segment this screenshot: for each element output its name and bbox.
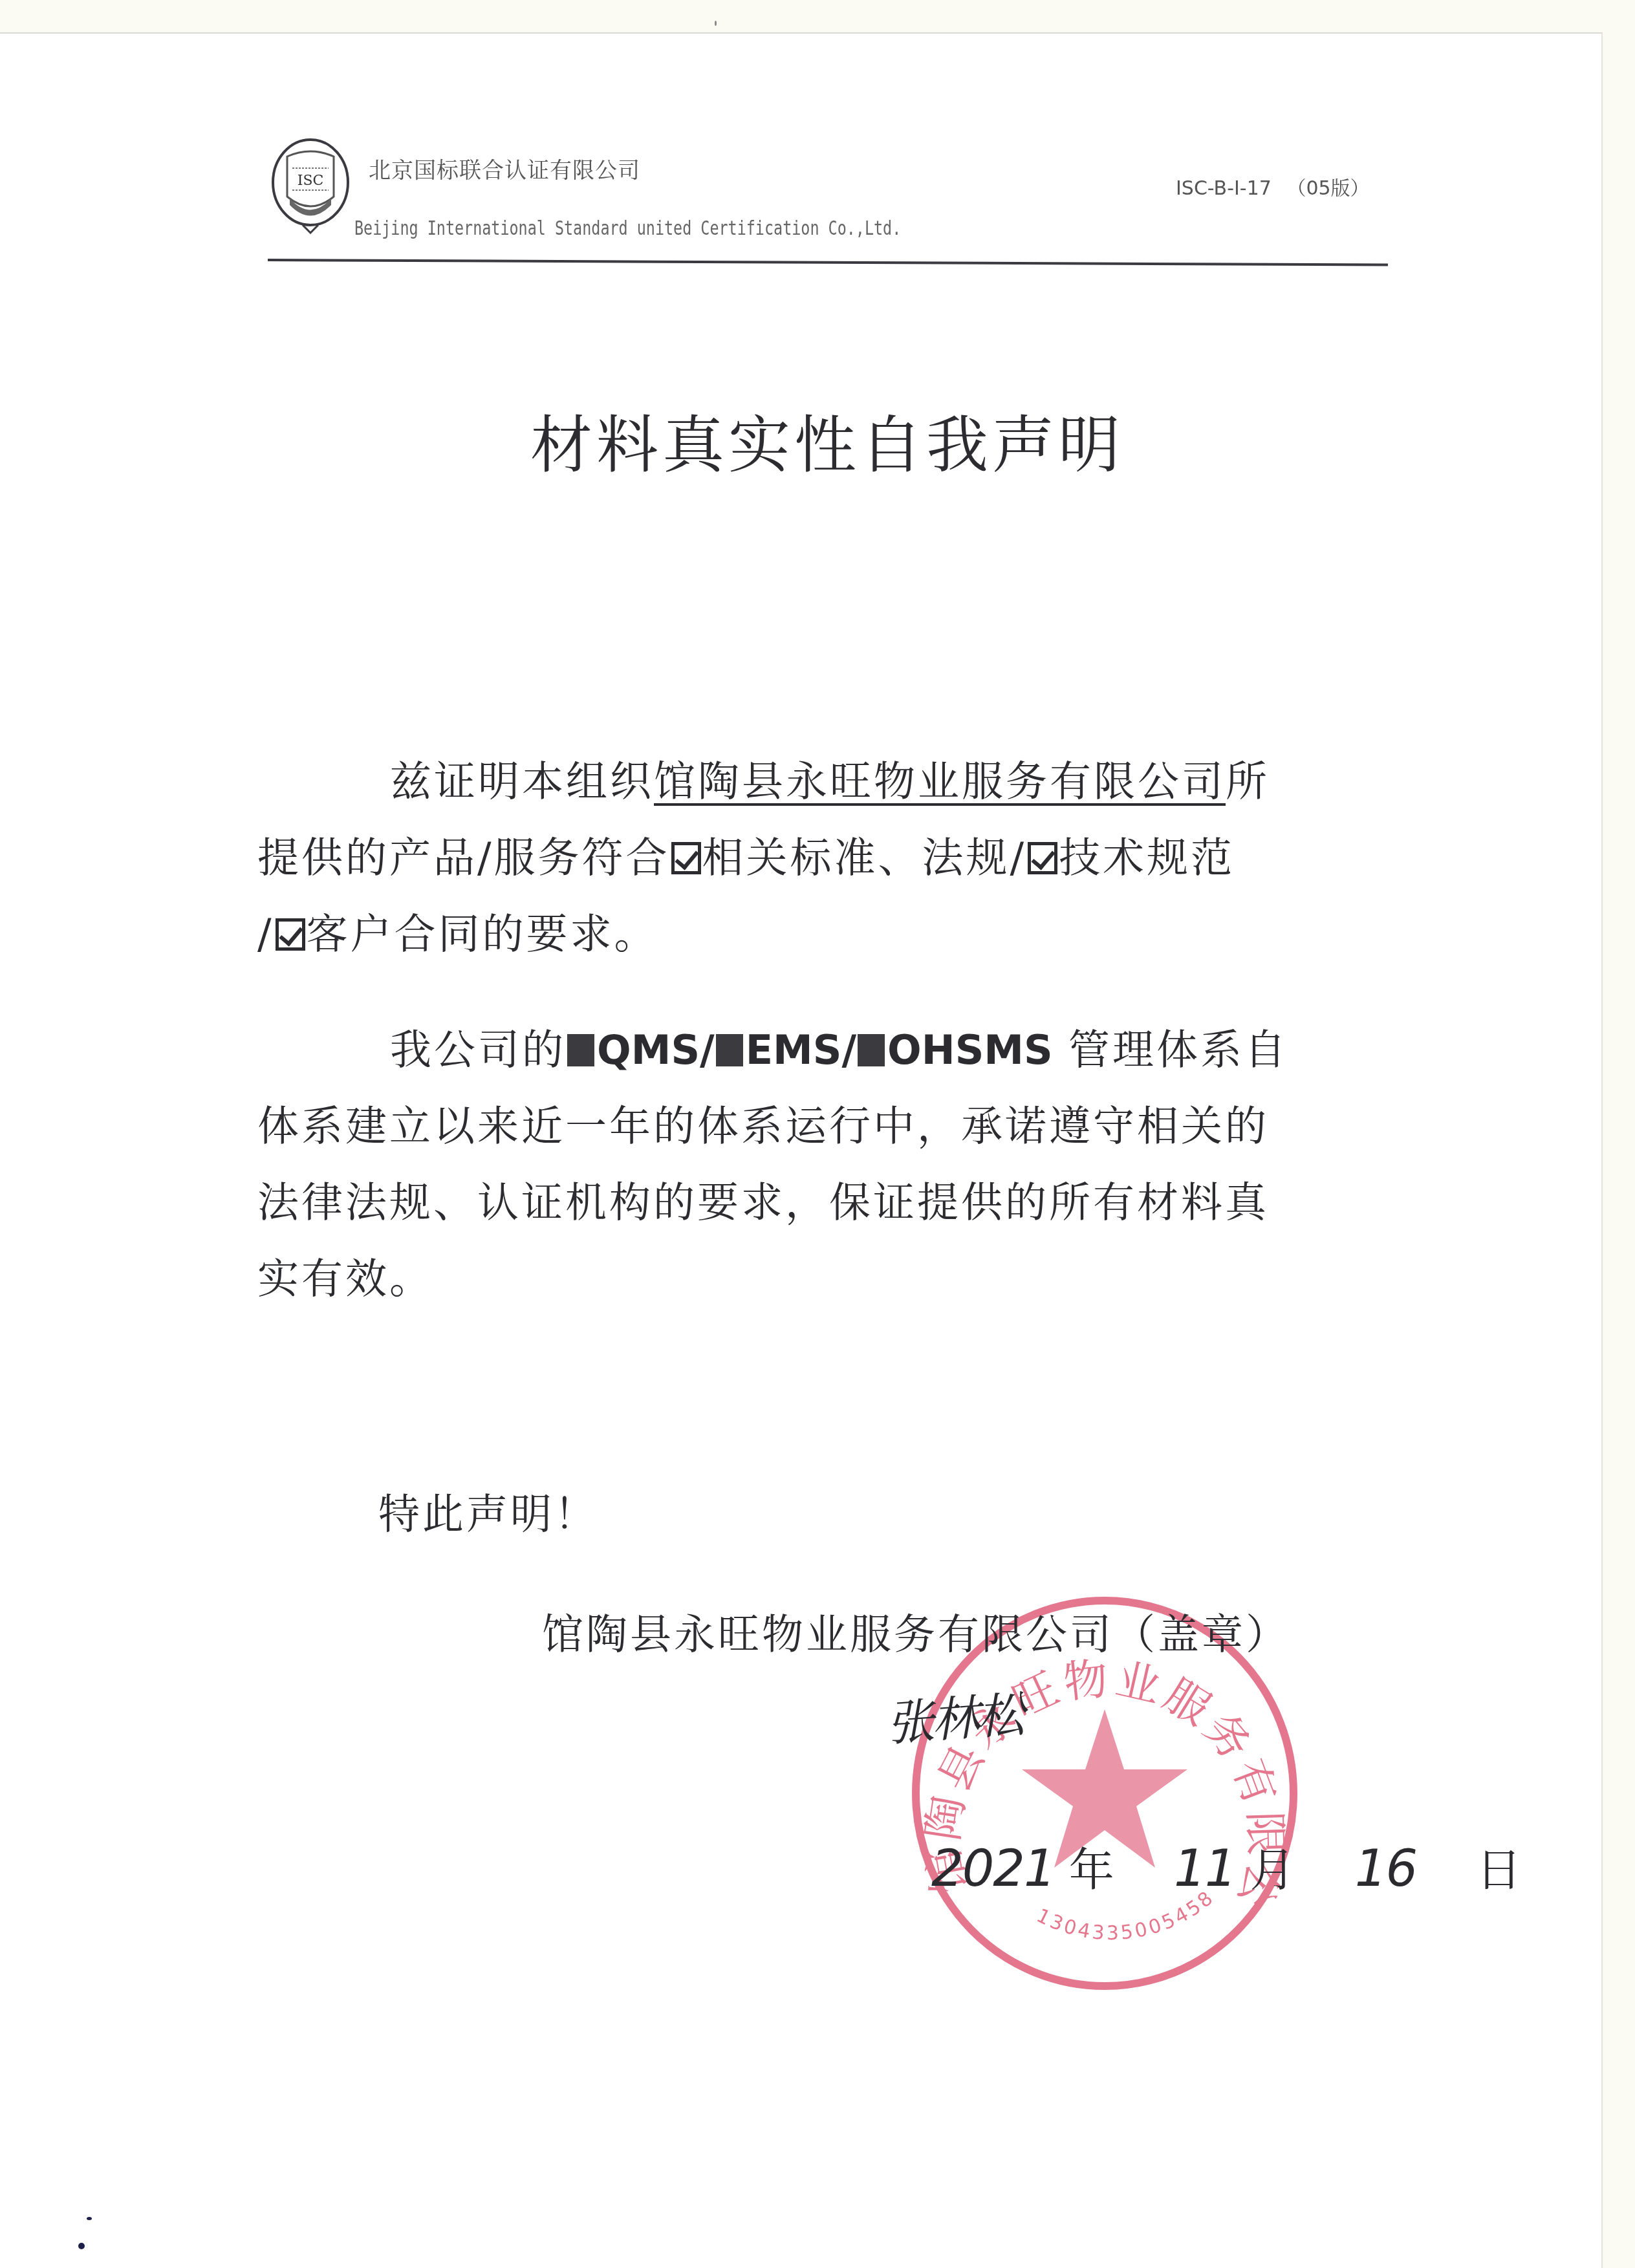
p2-line2: 体系建立以来近一年的体系运行中，承诺遵守相关的	[257, 1088, 1383, 1165]
checkbox-customer-contract[interactable]	[276, 918, 305, 951]
document-title: 材料真实性自我声明	[0, 396, 1635, 484]
date-month: 11	[1174, 1840, 1235, 1898]
checkbox-standards-regulations[interactable]	[671, 842, 701, 874]
date-month-unit: 月	[1250, 1844, 1295, 1897]
scan-speck	[78, 2243, 85, 2249]
checkbox-technical-specs[interactable]	[1028, 842, 1057, 874]
scan-speck	[87, 2217, 92, 2220]
organization-name: 馆陶县永旺物业服务有限公司	[654, 758, 1226, 806]
p1-line1: 兹证明本组织馆陶县永旺物业服务有限公司所	[257, 744, 1383, 820]
form-code-version: （05版）	[1286, 177, 1369, 200]
closing-statement: 特此声明！	[378, 1481, 598, 1540]
date-year-unit: 年	[1069, 1844, 1114, 1897]
p2-line1: 我公司的QMS/EMS/OHSMS 管理体系自	[257, 1012, 1383, 1088]
isc-logo-icon: ISC	[270, 137, 353, 234]
checkbox-ems-filled[interactable]	[716, 1034, 743, 1066]
date-year: 2021	[931, 1840, 1055, 1898]
header-company-cn: 北京国标联合认证有限公司	[369, 153, 640, 184]
header-company-en: Beijing International Standard united Ce…	[354, 217, 901, 240]
scan-speck	[715, 21, 717, 26]
checkbox-ohsms-filled[interactable]	[858, 1034, 885, 1066]
form-code: ISC-B-I-17 （05版）	[1176, 172, 1370, 200]
signature-date: 2021 年 11 月 16 日	[931, 1834, 1521, 1899]
p2-line4: 实有效。	[257, 1241, 1383, 1317]
handwritten-signature: 张林松	[884, 1677, 1024, 1755]
date-day-unit: 日	[1476, 1844, 1521, 1897]
checkbox-qms-filled[interactable]	[567, 1034, 594, 1066]
svg-text:ISC: ISC	[298, 173, 324, 189]
paragraph-commitment: 我公司的QMS/EMS/OHSMS 管理体系自 体系建立以来近一年的体系运行中，…	[257, 1012, 1383, 1317]
p2-line3: 法律法规、认证机构的要求，保证提供的所有材料真	[257, 1165, 1383, 1241]
p1-line2: 提供的产品/服务符合相关标准、法规/技术规范	[257, 820, 1383, 896]
paragraph-conformity: 兹证明本组织馆陶县永旺物业服务有限公司所 提供的产品/服务符合相关标准、法规/技…	[257, 744, 1383, 973]
date-day: 16	[1355, 1840, 1416, 1898]
signatory-company: 馆陶县永旺物业服务有限公司（盖章）	[542, 1601, 1290, 1661]
form-code-number: ISC-B-I-17	[1176, 177, 1272, 200]
p1-line3: /客户合同的要求。	[257, 896, 1383, 973]
